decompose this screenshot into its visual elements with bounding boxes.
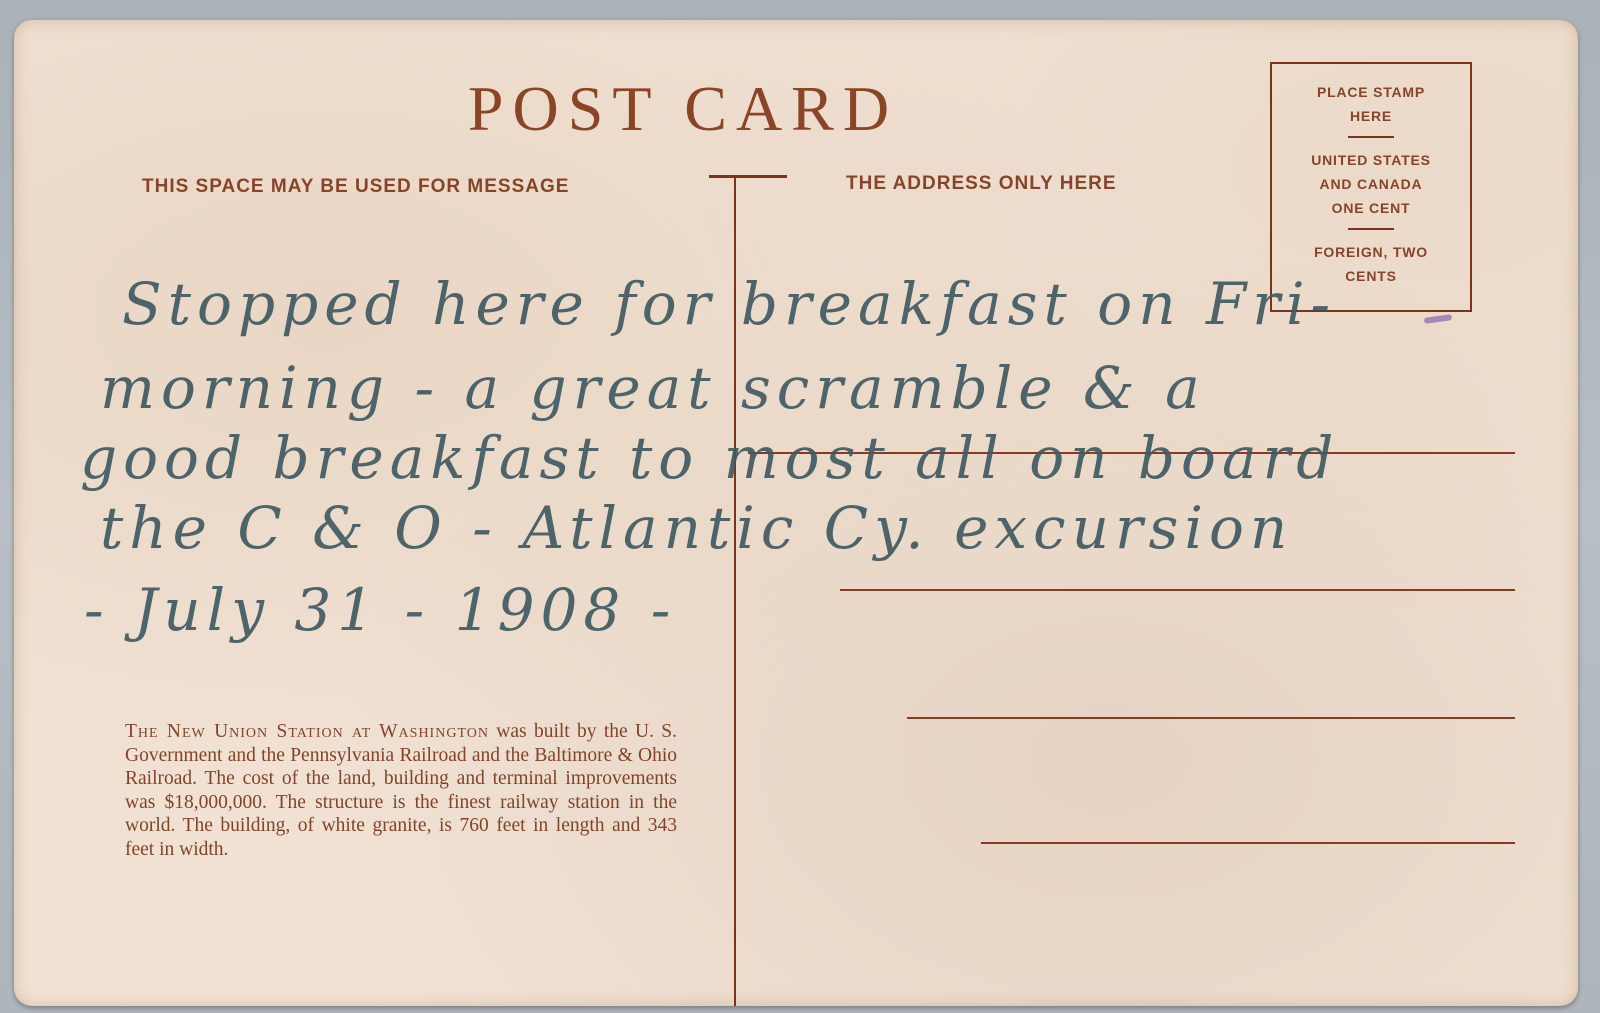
ink-smudge [1424,314,1453,324]
stamp-text-2: HERE [1272,104,1470,128]
stamp-text-6: FOREIGN, TWO [1272,240,1470,264]
handwriting-date: - July 31 - 1908 - [84,576,676,644]
handwriting-line-2: morning - a great scramble & a [100,354,1206,422]
stamp-text-5: ONE CENT [1272,196,1470,220]
stamp-text-3: UNITED STATES [1272,148,1470,172]
caption-heading: The New Union Station at Washington [125,721,489,742]
caption-text: The New Union Station at Washington was … [125,720,677,861]
address-line-4 [981,842,1515,844]
stamp-text-4: AND CANADA [1272,172,1470,196]
address-line-2 [840,589,1515,591]
handwriting-line-4: the C & O - Atlantic Cy. excursion [100,494,1293,562]
handwriting-line-3: good breakfast to most all on board [80,424,1339,492]
stamp-text-1: PLACE STAMP [1272,80,1470,104]
stamp-rule [1348,228,1394,230]
address-space-label: THE ADDRESS ONLY HERE [846,173,1117,195]
postcard-back: POST CARD THIS SPACE MAY BE USED FOR MES… [14,20,1578,1006]
address-line-3 [907,717,1515,719]
postcard-title: POST CARD [348,72,1018,146]
handwriting-line-1: Stopped here for breakfast on Fri- [122,270,1336,338]
divider-cap [709,175,787,178]
stamp-rule [1348,136,1394,138]
message-space-label: THIS SPACE MAY BE USED FOR MESSAGE [142,176,569,198]
